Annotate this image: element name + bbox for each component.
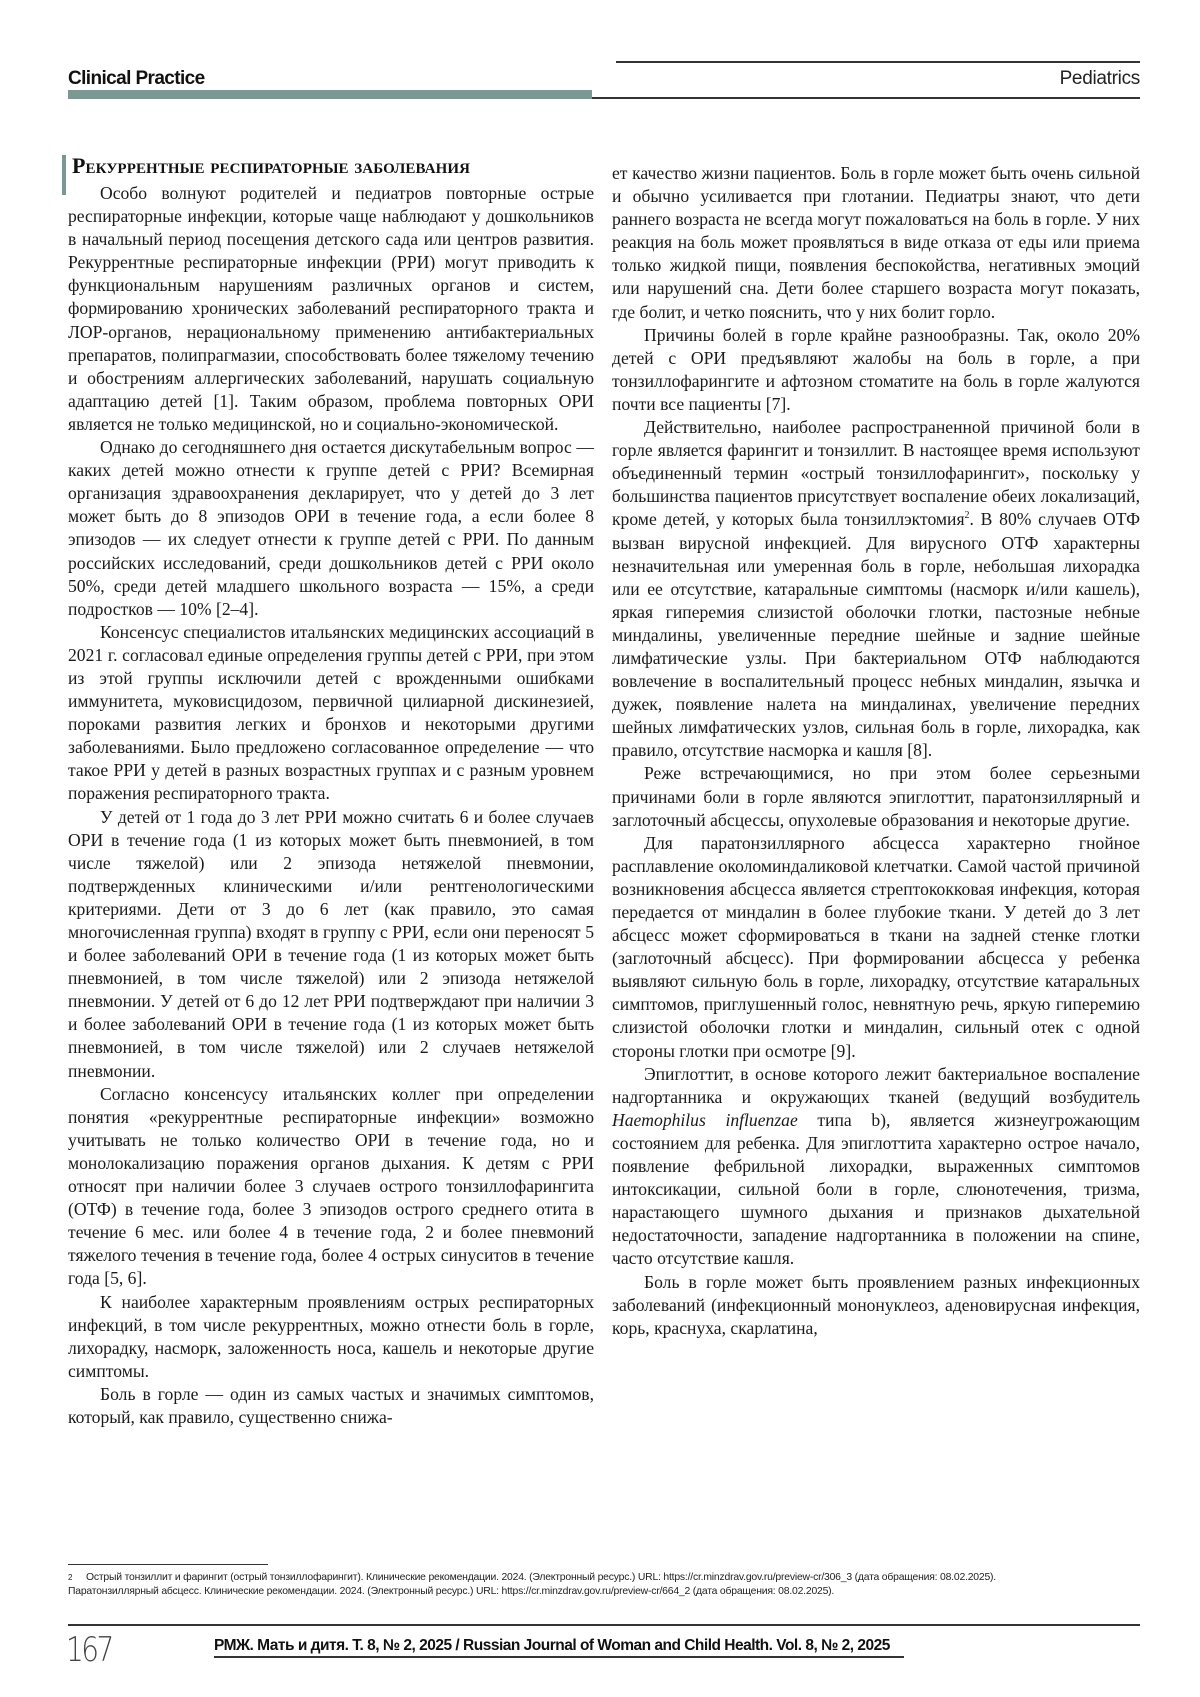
header-top-rule (616, 61, 1140, 63)
section-heading: Рекуррентные респираторные заболевания (72, 153, 470, 179)
paragraph: Реже встречающимися, но при этом более с… (612, 762, 1140, 831)
paragraph: Эпиглоттит, в основе которого лежит бакт… (612, 1063, 1140, 1271)
paragraph: Боль в горле может быть проявлением разн… (612, 1271, 1140, 1340)
paragraph: Причины болей в горле крайне разнообразн… (612, 324, 1140, 416)
footer-rule (68, 1624, 1140, 1626)
footnote-number: 2 (68, 1571, 86, 1585)
section-title: Рекуррентные респираторные заболевания (62, 153, 602, 181)
species-name: Haemophilus influenzae (612, 1110, 798, 1130)
header-accent-bar (68, 90, 592, 99)
paragraph: Консенсус специалистов итальянских медиц… (68, 621, 594, 806)
paragraph: Действительно, наиболее распространенной… (612, 416, 1140, 762)
footnote-text: Острый тонзиллит и фарингит (острый тонз… (86, 1572, 996, 1583)
paragraph-continuation: ет качество жизни пациентов. Боль в горл… (612, 162, 1140, 324)
paragraph-text: Эпиглоттит, в основе которого лежит бакт… (612, 1064, 1140, 1107)
paragraph: Для паратонзиллярного абсцесса характерн… (612, 832, 1140, 1063)
paragraph: Боль в горле — один из самых частых и зн… (68, 1383, 594, 1429)
paragraph-text: типа b), является жизнеугрожающим состоя… (612, 1110, 1140, 1269)
paragraph-text: . В 80% случаев ОТФ вызван вирусной инфе… (612, 509, 1140, 760)
paragraph: Однако до сегодняшнего дня остается диск… (68, 436, 594, 621)
section-marker-bar (62, 155, 66, 195)
section-label-pediatrics: Pediatrics (1060, 68, 1140, 90)
paragraph: Особо волнуют родителей и педиатров повт… (68, 182, 594, 436)
footnote-line: 2Острый тонзиллит и фарингит (острый тон… (68, 1571, 1143, 1585)
section-label-clinical-practice: Clinical Practice (68, 68, 205, 90)
header-bottom-rule (592, 97, 1140, 99)
footnote-line: Паратонзиллярный абсцесс. Клинические ре… (68, 1585, 1143, 1599)
paragraph: У детей от 1 года до 3 лет РРИ можно счи… (68, 806, 594, 1083)
paragraph: Согласно консенсусу итальянских коллег п… (68, 1083, 594, 1291)
page-number: 167 (66, 1630, 112, 1670)
journal-page: Clinical Practice Pediatrics Рекуррентны… (0, 0, 1200, 1697)
left-column: Особо волнуют родителей и педиатров повт… (68, 182, 594, 1429)
footnote: 2Острый тонзиллит и фарингит (острый тон… (68, 1571, 1143, 1599)
footnote-rule (68, 1564, 268, 1565)
footnote-text: Паратонзиллярный абсцесс. Клинические ре… (68, 1586, 834, 1597)
journal-citation: РМЖ. Мать и дитя. Т. 8, № 2, 2025 / Russ… (214, 1637, 890, 1655)
paragraph: К наиболее характерным проявлениям остры… (68, 1291, 594, 1383)
right-column: ет качество жизни пациентов. Боль в горл… (612, 162, 1140, 1340)
journal-citation-underline (214, 1656, 904, 1658)
